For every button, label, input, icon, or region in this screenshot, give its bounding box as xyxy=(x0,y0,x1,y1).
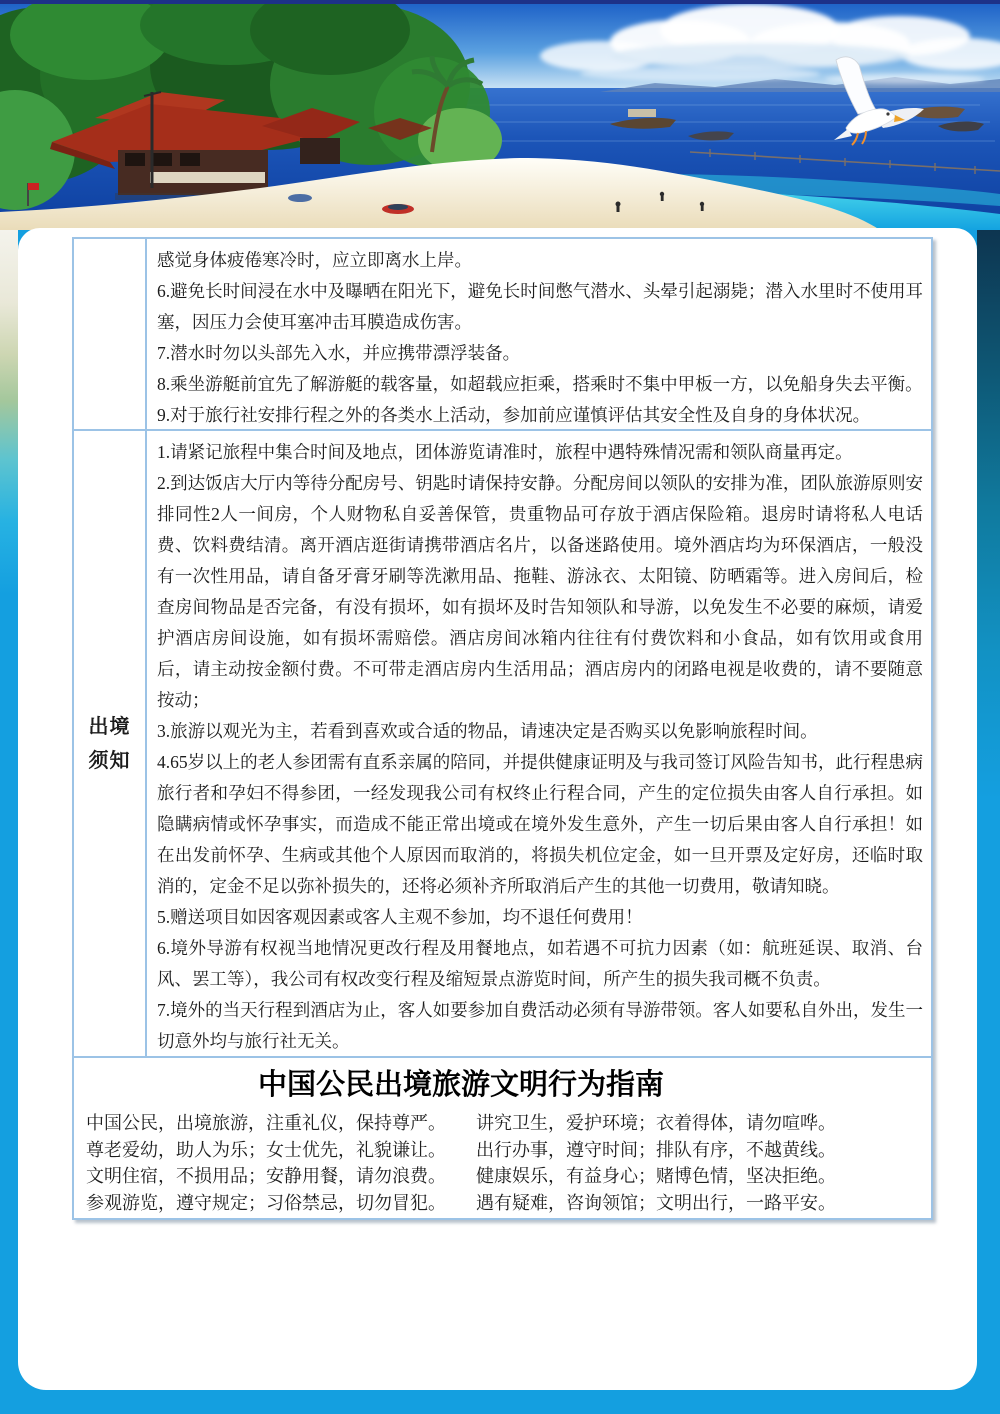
civility-guide-title: 中国公民出境旅游文明行为指南 xyxy=(86,1068,836,1102)
notice-item: 5.赠送项目如因客观因素或客人主观不参加，均不退任何费用！ xyxy=(157,902,923,933)
notice-item: 6.避免长时间浸在水中及曝晒在阳光下，避免长时间憋气潜水、头晕引起溺毙；潜入水里… xyxy=(157,276,923,338)
guide-line: 参观游览，遵守规定；习俗禁忌，切勿冒犯。 遇有疑难，咨询领馆；文明出行，一路平安… xyxy=(86,1190,836,1217)
guide-phrase: 中国公民，出境旅游，注重礼仪，保持尊严。 xyxy=(86,1110,446,1137)
departure-notice-cell: 1.请紧记旅程中集合时间及地点，团体游览请准时，旅程中遇特殊情况需和领队商量再定… xyxy=(147,431,931,1056)
notice-item: 2.到达饭店大厅内等待分配房号、钥匙时请保持安静。分配房间以领队的安排为准，团队… xyxy=(157,468,923,716)
top-border-strip xyxy=(0,0,1000,4)
notice-table: 感觉身体疲倦寒冷时，应立即离水上岸。 6.避免长时间浸在水中及曝晒在阳光下，避免… xyxy=(72,237,933,1220)
guide-line: 文明住宿，不损用品；安静用餐，请勿浪费。 健康娱乐，有益身心；赌博色情，坚决拒绝… xyxy=(86,1163,836,1190)
guide-phrase: 讲究卫生，爱护环境；衣着得体，请勿喧哗。 xyxy=(476,1110,836,1137)
background-sea-left xyxy=(0,230,18,750)
row-header-empty xyxy=(74,239,147,429)
guide-phrase: 文明住宿，不损用品；安静用餐，请勿浪费。 xyxy=(86,1163,446,1190)
notice-item: 7.境外的当天行程到酒店为止，客人如要参加自费活动必须有导游带领。客人如要私自外… xyxy=(157,995,923,1056)
guide-line: 尊老爱幼，助人为乐；女士优先，礼貌谦让。 出行办事，遵守时间；排队有序，不越黄线… xyxy=(86,1137,836,1164)
document-card: 感觉身体疲倦寒冷时，应立即离水上岸。 6.避免长时间浸在水中及曝晒在阳光下，避免… xyxy=(18,228,977,1390)
guide-phrase: 健康娱乐，有益身心；赌博色情，坚决拒绝。 xyxy=(476,1163,836,1190)
row-header-line: 须知 xyxy=(89,744,131,778)
notice-item: 3.旅游以观光为主，若看到喜欢或合适的物品，请速决定是否购买以免影响旅程时间。 xyxy=(157,716,923,747)
civility-guide-cell: 中国公民出境旅游文明行为指南 中国公民，出境旅游，注重礼仪，保持尊严。 讲究卫生… xyxy=(74,1058,848,1218)
beach-photo xyxy=(0,0,1000,230)
background-sea-right xyxy=(977,230,1000,960)
notice-item: 1.请紧记旅程中集合时间及地点，团体游览请准时，旅程中遇特殊情况需和领队商量再定… xyxy=(157,437,923,468)
notice-item: 9.对于旅行社安排行程之外的各类水上活动，参加前应谨慎评估其安全性及自身的身体状… xyxy=(157,400,923,429)
notice-item: 7.潜水时勿以头部先入水，并应携带漂浮装备。 xyxy=(157,338,923,369)
table-row-departure-notice: 出境 须知 1.请紧记旅程中集合时间及地点，团体游览请准时，旅程中遇特殊情况需和… xyxy=(74,429,931,1056)
guide-phrase: 出行办事，遵守时间；排队有序，不越黄线。 xyxy=(476,1137,836,1164)
row-header-line: 出境 xyxy=(89,710,131,744)
notice-item: 感觉身体疲倦寒冷时，应立即离水上岸。 xyxy=(157,245,923,276)
red-flag xyxy=(28,183,39,190)
row-header-departure-notice: 出境 须知 xyxy=(74,431,147,1056)
guide-line: 中国公民，出境旅游，注重礼仪，保持尊严。 讲究卫生，爱护环境；衣着得体，请勿喧哗… xyxy=(86,1110,836,1137)
guide-phrase: 参观游览，遵守规定；习俗禁忌，切勿冒犯。 xyxy=(86,1190,446,1217)
table-row-water-safety: 感觉身体疲倦寒冷时，应立即离水上岸。 6.避免长时间浸在水中及曝晒在阳光下，避免… xyxy=(74,239,931,429)
notice-item: 4.65岁以上的老人参团需有直系亲属的陪同，并提供健康证明及与我司签订风险告知书… xyxy=(157,747,923,902)
water-safety-cell: 感觉身体疲倦寒冷时，应立即离水上岸。 6.避免长时间浸在水中及曝晒在阳光下，避免… xyxy=(147,239,931,429)
notice-item: 6.境外导游有权视当地情况更改行程及用餐地点，如若遇不可抗力因素（如：航班延误、… xyxy=(157,933,923,995)
guide-phrase: 遇有疑难，咨询领馆；文明出行，一路平安。 xyxy=(476,1190,836,1217)
guide-phrase: 尊老爱幼，助人为乐；女士优先，礼貌谦让。 xyxy=(86,1137,446,1164)
table-row-civility-guide: 中国公民出境旅游文明行为指南 中国公民，出境旅游，注重礼仪，保持尊严。 讲究卫生… xyxy=(74,1056,931,1218)
notice-item: 8.乘坐游艇前宜先了解游艇的载客量，如超载应拒乘，搭乘时不集中甲板一方，以免船身… xyxy=(157,369,923,400)
